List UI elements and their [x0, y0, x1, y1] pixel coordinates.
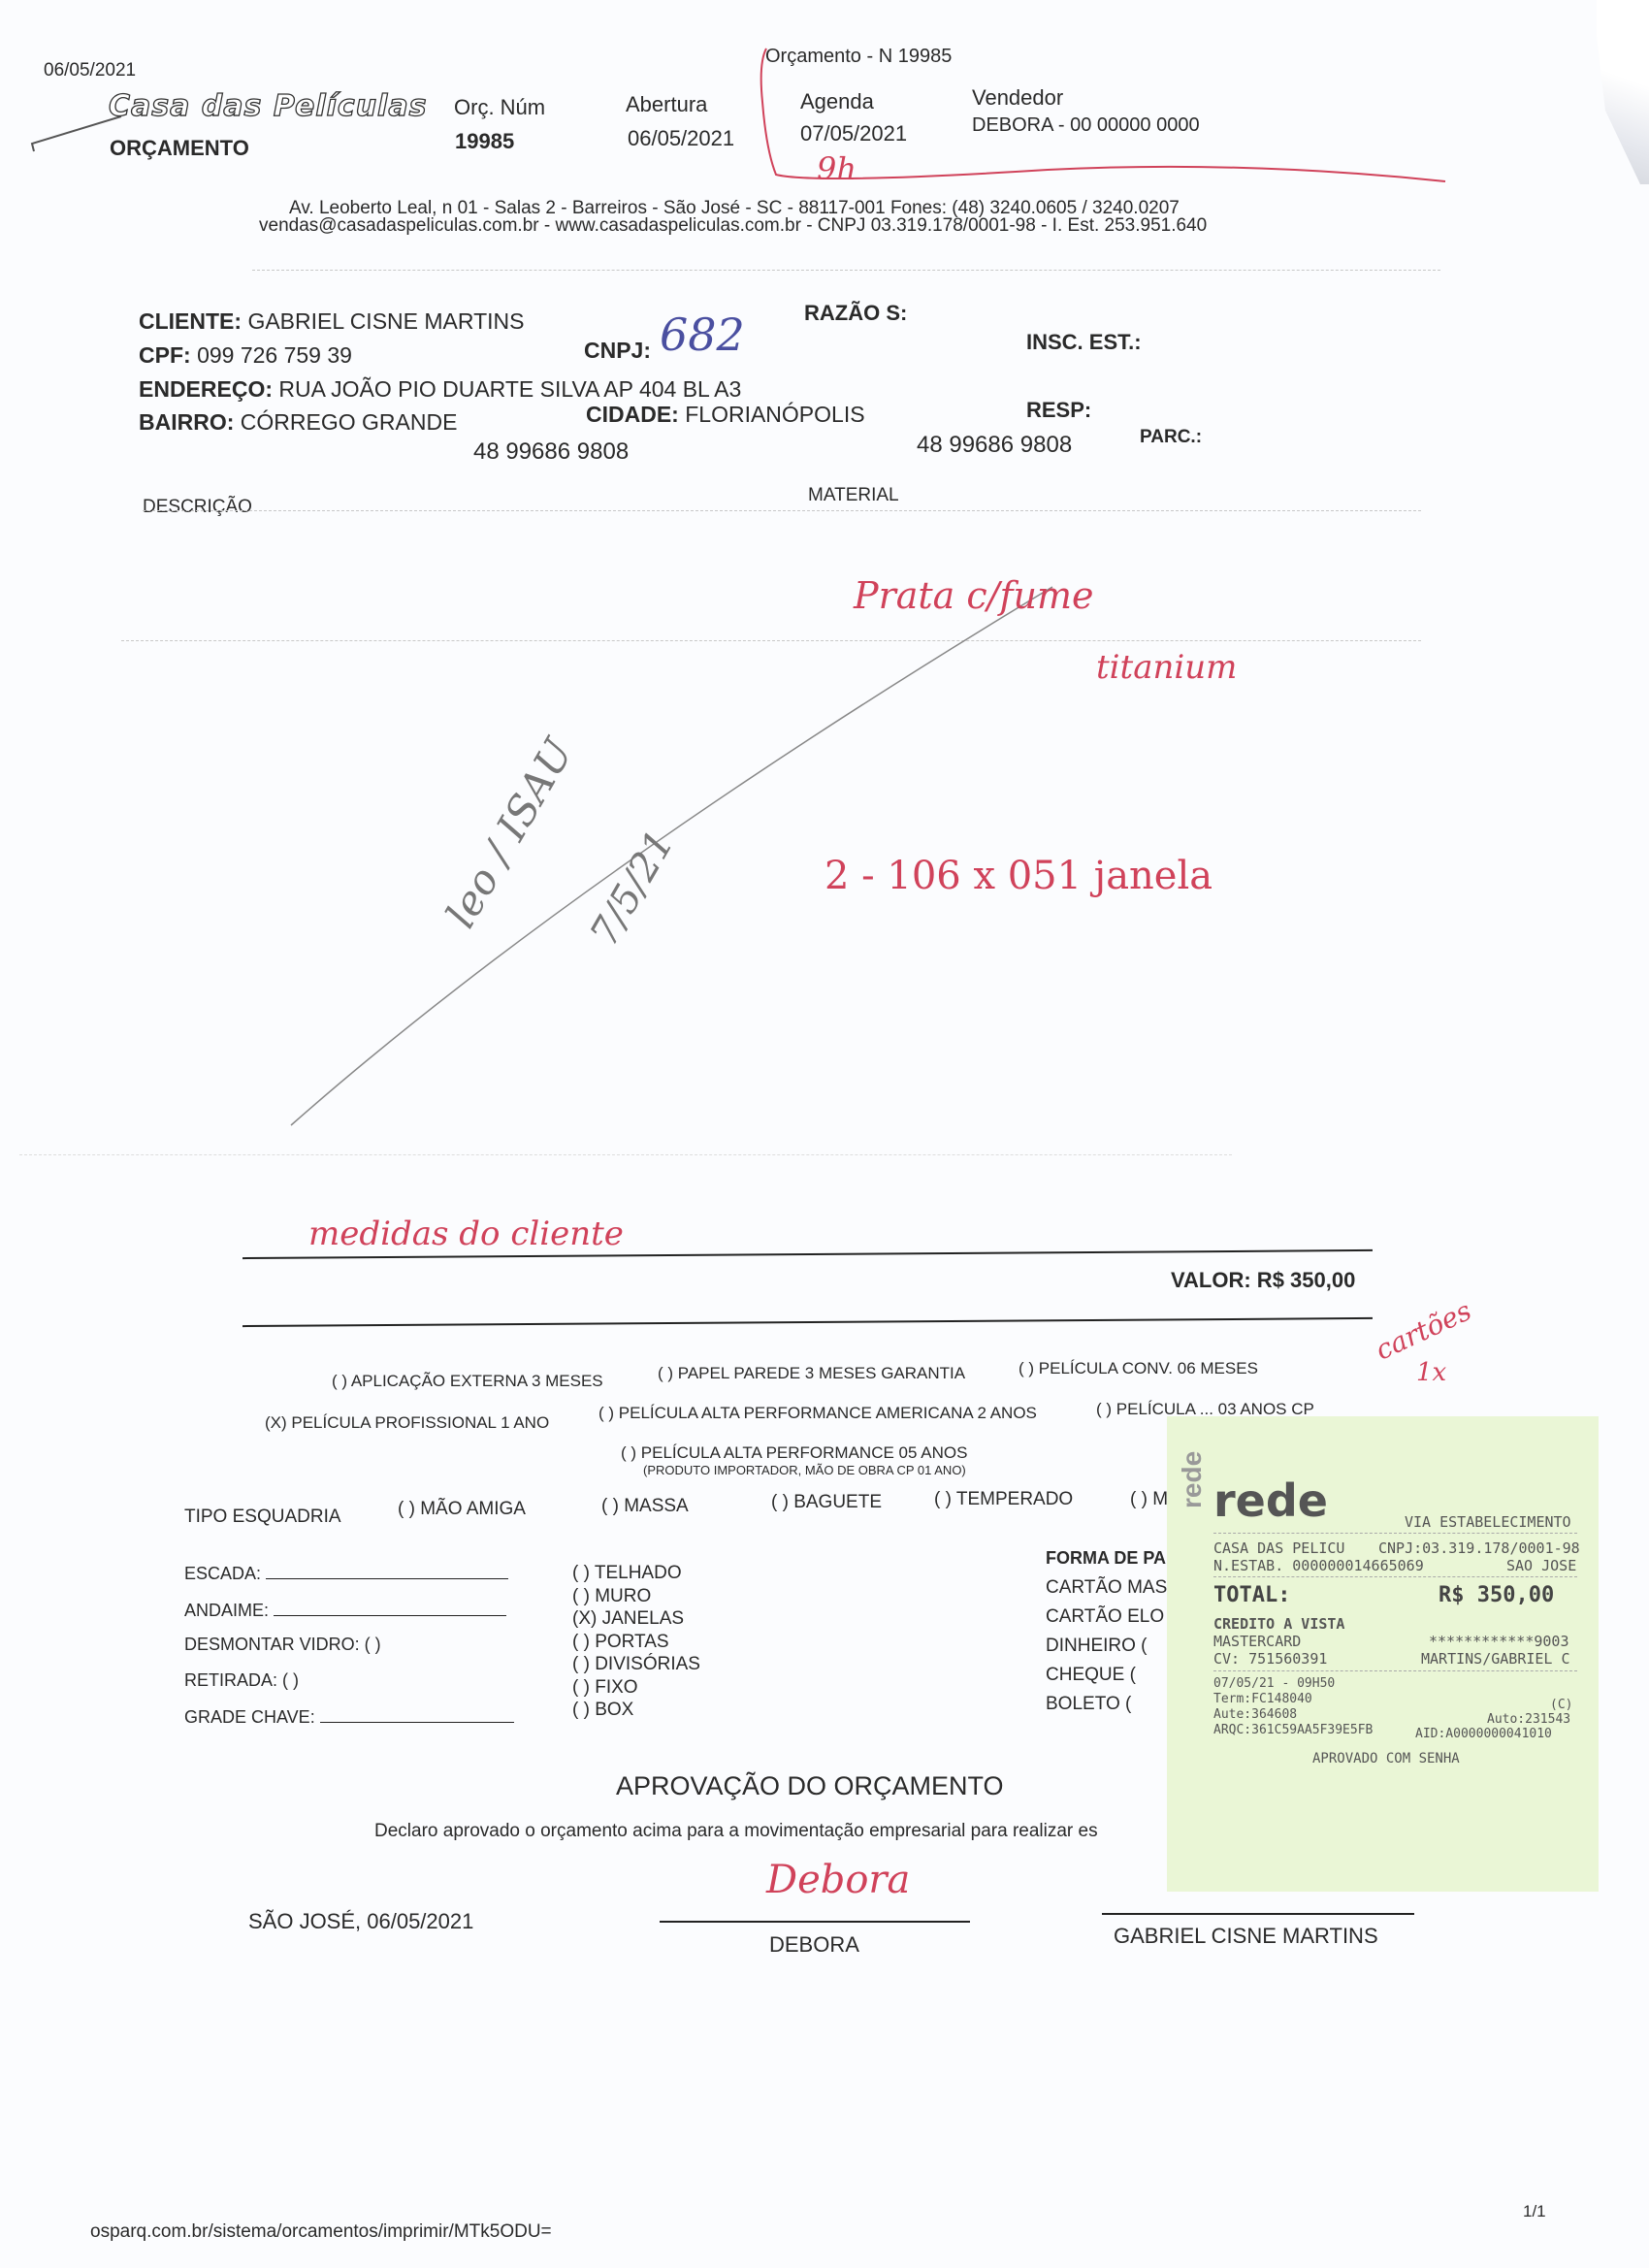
orc-num-label: Orç. Núm: [454, 95, 545, 120]
bairro-field: BAIRRO: CÓRREGO GRANDE: [139, 409, 457, 436]
receipt-merchant: CASA DAS PELICU: [1213, 1539, 1344, 1557]
desmontar-vidro-field[interactable]: DESMONTAR VIDRO: ( ): [184, 1635, 381, 1655]
receipt-total-label: TOTAL:: [1213, 1583, 1290, 1607]
insc-label: INSC. EST.:: [1026, 330, 1142, 355]
orc-num-value: 19985: [455, 129, 514, 154]
payment-cheque[interactable]: CHEQUE (: [1046, 1661, 1167, 1690]
option-pelicula-americana[interactable]: ( ) PELÍCULA ALTA PERFORMANCE AMERICANA …: [598, 1404, 1037, 1423]
receipt-divider: [1213, 1533, 1577, 1534]
endereco-field: ENDEREÇO: RUA JOÃO PIO DUARTE SILVA AP 4…: [139, 376, 741, 403]
local-box[interactable]: ( ) BOX: [572, 1699, 700, 1722]
receipt-auto: Auto:231543: [1487, 1712, 1570, 1727]
payment-title: FORMA DE PA: [1046, 1548, 1166, 1569]
cnpj-handwritten: 682: [660, 308, 745, 361]
receipt-divider: [1213, 1576, 1577, 1577]
esquadria-temperado[interactable]: ( ) TEMPERADO: [934, 1489, 1073, 1510]
payment-options: CARTÃO MAS CARTÃO ELO DINHEIRO ( CHEQUE …: [1046, 1573, 1167, 1719]
hand-measure: 2 - 106 x 051 janela: [824, 854, 1212, 898]
vendedor-value: DEBORA - 00 00000 0000: [972, 114, 1200, 137]
signature-debora: Debora: [766, 1858, 910, 1902]
cnpj-label: CNPJ:: [584, 338, 651, 364]
agenda-value: 07/05/2021: [800, 121, 907, 146]
receipt-cv: CV: 751560391: [1213, 1650, 1327, 1668]
doc-type: ORÇAMENTO: [110, 136, 249, 161]
local-portas[interactable]: ( ) PORTAS: [572, 1631, 700, 1654]
receipt-divider: [1213, 1670, 1577, 1671]
razao-label: RAZÃO S:: [804, 301, 907, 326]
receipt-status: APROVADO COM SENHA: [1312, 1751, 1460, 1766]
local-options: ( ) TELHADO ( ) MURO (X) JANELAS ( ) POR…: [572, 1562, 700, 1722]
cliente-field: CLIENTE: GABRIEL CISNE MARTINS: [139, 308, 524, 335]
divider: [143, 510, 1421, 511]
card-receipt: rede rede VIA ESTABELECIMENTO CASA DAS P…: [1167, 1416, 1599, 1892]
receipt-c-flag: (C): [1550, 1698, 1572, 1712]
receipt-aute: Aute:364608: [1213, 1707, 1297, 1722]
receipt-cnpj: CNPJ:03.319.178/0001-98: [1378, 1539, 1580, 1557]
agenda-label: Agenda: [800, 89, 874, 114]
resp-label: RESP:: [1026, 398, 1091, 423]
abertura-value: 06/05/2021: [628, 126, 734, 151]
receipt-total-value: R$ 350,00: [1439, 1583, 1554, 1607]
payment-elo[interactable]: CARTÃO ELO: [1046, 1603, 1167, 1632]
esquadria-label: TIPO ESQUADRIA: [184, 1507, 341, 1528]
esquadria-mao-amiga[interactable]: ( ) MÃO AMIGA: [398, 1499, 526, 1520]
signer-2: GABRIEL CISNE MARTINS: [1114, 1924, 1378, 1949]
company-contact: vendas@casadaspeliculas.com.br - www.cas…: [259, 215, 1207, 237]
material-label: MATERIAL: [808, 485, 899, 506]
receipt-arqc: ARQC:361C59AA5F39E5FB: [1213, 1723, 1373, 1737]
receipt-estab: N.ESTAB. 000000014665069: [1213, 1557, 1424, 1574]
hand-material-1: Prata c/fume: [854, 574, 1094, 617]
payment-boleto[interactable]: BOLETO (: [1046, 1690, 1167, 1719]
place-date: SÃO JOSÉ, 06/05/2021: [248, 1909, 473, 1934]
receipt-aid: AID:A0000000041010: [1415, 1727, 1552, 1741]
receipt-city: SAO JOSE: [1506, 1557, 1576, 1574]
hand-note-cartoes: cartões: [1371, 1294, 1476, 1366]
receipt-card-number: ************9003: [1429, 1633, 1569, 1650]
esquadria-massa[interactable]: ( ) MASSA: [601, 1496, 689, 1517]
vendedor-label: Vendedor: [972, 85, 1063, 111]
option-pelicula-conv[interactable]: ( ) PELÍCULA CONV. 06 MESES: [1018, 1359, 1258, 1378]
approval-title: APROVAÇÃO DO ORÇAMENTO: [616, 1771, 1004, 1801]
option-05-anos-note: (PRODUTO IMPORTADOR, MÃO DE OBRA CP 01 A…: [643, 1463, 966, 1477]
local-telhado[interactable]: ( ) TELHADO: [572, 1562, 700, 1585]
rule: [242, 1317, 1373, 1327]
receipt-term: Term:FC148040: [1213, 1692, 1312, 1706]
hand-material-2: titanium: [1096, 648, 1237, 687]
esquadria-other[interactable]: ( ) M: [1130, 1489, 1168, 1510]
orcamento-ref: Orçamento - N 19985: [765, 46, 952, 68]
receipt-via: VIA ESTABELECIMENTO: [1405, 1513, 1571, 1531]
phone-2: 48 99686 9808: [917, 432, 1072, 459]
local-muro[interactable]: ( ) MURO: [572, 1585, 700, 1608]
option-papel-parede[interactable]: ( ) PAPEL PAREDE 3 MESES GARANTIA: [658, 1364, 965, 1383]
signer-1: DEBORA: [769, 1932, 859, 1958]
local-fixo[interactable]: ( ) FIXO: [572, 1676, 700, 1700]
rede-side-logo: rede: [1177, 1451, 1208, 1508]
grade-chave-field: GRADE CHAVE:: [184, 1707, 514, 1728]
retirada-field[interactable]: RETIRADA: ( ): [184, 1670, 299, 1691]
approval-declaration: Declaro aprovado o orçamento acima para …: [374, 1821, 1098, 1842]
descricao-label: DESCRIÇÃO: [143, 497, 252, 518]
print-date: 06/05/2021: [44, 60, 136, 81]
page-number: 1/1: [1523, 2202, 1546, 2221]
abertura-label: Abertura: [626, 92, 707, 117]
divider: [252, 270, 1440, 271]
option-pelicula-profissional[interactable]: (X) PELÍCULA PROFISSIONAL 1 ANO: [265, 1413, 549, 1433]
payment-dinheiro[interactable]: DINHEIRO (: [1046, 1632, 1167, 1661]
andaime-field: ANDAIME:: [184, 1601, 506, 1621]
fold-line: [19, 1154, 1232, 1155]
payment-mastercard[interactable]: CARTÃO MAS: [1046, 1573, 1167, 1603]
esquadria-baguete[interactable]: ( ) BAGUETE: [771, 1492, 882, 1513]
signature-line-2: [1102, 1913, 1414, 1915]
footer-url[interactable]: osparq.com.br/sistema/orcamentos/imprimi…: [90, 2221, 552, 2243]
cidade-field: CIDADE: FLORIANÓPOLIS: [586, 402, 865, 428]
parc-label: PARC.:: [1140, 427, 1202, 448]
folded-corner: [1562, 0, 1649, 184]
hand-medidas: medidas do cliente: [308, 1215, 624, 1253]
rede-logo: rede: [1213, 1474, 1328, 1527]
receipt-card: MASTERCARD: [1213, 1633, 1301, 1650]
hand-note-1x: 1x: [1416, 1358, 1446, 1387]
cpf-field: CPF: 099 726 759 39: [139, 342, 352, 369]
receipt-holder: MARTINS/GABRIEL C: [1421, 1650, 1570, 1668]
option-pelicula-05-anos[interactable]: ( ) PELÍCULA ALTA PERFORMANCE 05 ANOS: [621, 1443, 967, 1463]
receipt-type: CREDITO A VISTA: [1213, 1615, 1344, 1633]
handwritten-time: 9h: [817, 150, 857, 187]
local-janelas[interactable]: (X) JANELAS: [572, 1607, 700, 1631]
signature-line-1: [660, 1921, 970, 1923]
receipt-datetime: 07/05/21 - 09H50: [1213, 1676, 1335, 1691]
option-aplicacao-externa[interactable]: ( ) APLICAÇÃO EXTERNA 3 MESES: [332, 1372, 603, 1391]
escada-field: ESCADA:: [184, 1564, 508, 1584]
company-logo: Casa das Películas: [109, 89, 427, 123]
valor-total: VALOR: R$ 350,00: [1171, 1268, 1355, 1293]
phone-1: 48 99686 9808: [473, 438, 629, 466]
local-divisorias[interactable]: ( ) DIVISÓRIAS: [572, 1653, 700, 1676]
